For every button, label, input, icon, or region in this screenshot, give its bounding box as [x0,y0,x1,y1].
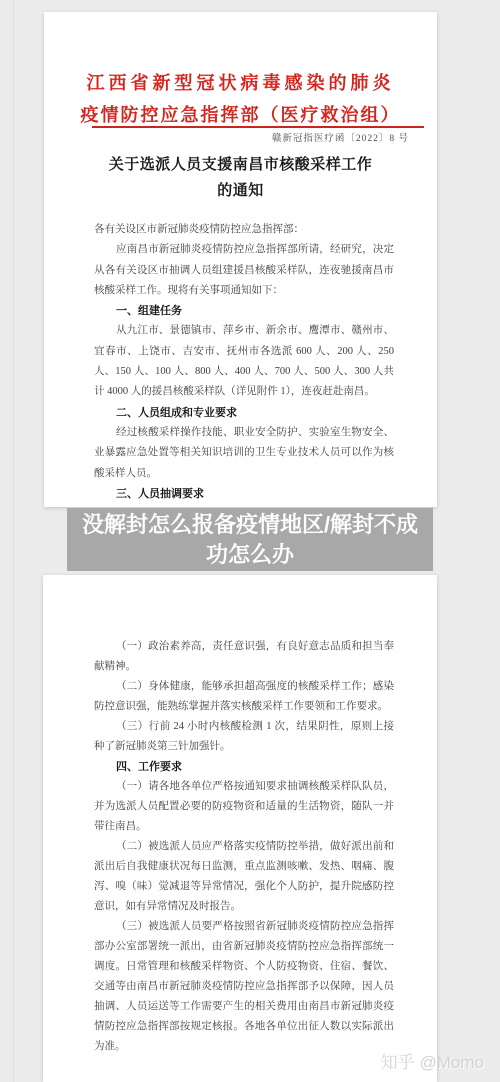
text-line: （三）被选派人员要严格按照省新冠肺炎疫情防控应急指挥 [94,917,394,937]
text-line: （二）身体健康，能够承担超高强度的核酸采样工作；感染 [94,677,394,697]
document-title-line1: 关于选派人员支援南昌市核酸采样工作 [44,156,437,175]
text-line: 调度。日常管理和核酸采样物资、个人防疫物资、住宿、餐饮、 [94,957,394,977]
caption-overlay: 没解封怎么报备疫情地区/解封不成 功怎么办 [67,508,433,571]
text-line: 三、人员抽调要求 [94,484,394,504]
text-line: 派出后自我健康状况每日监测，重点监测咳嗽、发热、咽痛、腹 [94,857,394,877]
document-title-line2: 的通知 [44,182,437,201]
text-line: 带往南昌。 [94,817,394,837]
text-line: 人、150 人、100 人、800 人、400 人、700 人、500 人、30… [94,362,394,382]
document-page-2: （一）政治素养高，责任意识强，有良好意志品质和担当奉献精神。（二）身体健康，能够… [43,575,437,1082]
text-line: （一）政治素养高，责任意识强，有良好意志品质和担当奉 [94,637,394,657]
text-line: 为准。 [94,1037,394,1057]
text-line: 业暴露应急处置等相关知识培训的卫生专业技术人员可以作为核 [94,443,394,463]
text-line: 从各有关设区市抽调人员组建援昌核酸采样队，连夜驰援南昌市 [94,261,394,281]
text-line: 部办公室部署统一派出，由省新冠肺炎疫情防控应急指挥部统一 [94,937,394,957]
text-line: 核酸采样工作。现将有关事项通知如下： [94,281,394,301]
text-line: 四、工作要求 [94,757,394,777]
text-line: （一）请各地各单位严格按通知要求抽调核酸采样队队员， [94,777,394,797]
document-page-1: 江西省新型冠状病毒感染的肺炎 疫情防控应急指挥部（医疗救治组） 赣新冠指医疗函〔… [44,12,437,507]
text-line: 应南昌市新冠肺炎疫情防控应急指挥部所请，经研究，决定 [94,240,394,260]
text-line: 经过核酸采样操作技能、职业安全防护、实验室生物安全、职 [94,423,394,443]
text-line: 宜春市、上饶市、吉安市、抚州市各选派 600 人、200 人、250 [94,342,394,362]
page1-body: 各有关设区市新冠肺炎疫情防控应急指挥部：应南昌市新冠肺炎疫情防控应急指挥部所请，… [94,220,394,504]
text-line: （二）被选派人员应严格落实疫情防控举措，做好派出前和 [94,837,394,857]
text-line: 献精神。 [94,657,394,677]
text-line: 意识，如有异常情况及时报告。 [94,897,394,917]
document-number: 赣新冠指医疗函〔2022〕8 号 [272,130,409,144]
text-line: （三）行前 24 小时内核酸检测 1 次，结果阴性，原则上接 [94,717,394,737]
issuing-authority-line2: 疫情防控应急指挥部（医疗救治组） [44,104,437,126]
text-line: 泻、嗅（味）觉减退等异常情况，强化个人防护，提升院感防控 [94,877,394,897]
text-line: 防控意识强，能熟练掌握并落实核酸采样工作要领和工作要求。 [94,697,394,717]
text-line: 从九江市、景德镇市、萍乡市、新余市、鹰潭市、赣州市、 [94,321,394,341]
caption-line1: 没解封怎么报备疫情地区/解封不成 [82,510,418,540]
zhihu-watermark: 知乎 @Momo [381,1048,484,1073]
text-line: 抽调、人员运送等工作需要产生的相关费用由南昌市新冠肺炎疫 [94,997,394,1017]
caption-line2: 功怎么办 [206,540,294,570]
page-edge-seam [13,0,14,1082]
text-line: 一、组建任务 [94,301,394,321]
page2-body: （一）政治素养高，责任意识强，有良好意志品质和担当奉献精神。（二）身体健康，能够… [94,637,394,1057]
text-line: 情防控应急指挥部按规定核报。各地各单位出征人数以实际派出 [94,1017,394,1037]
image-background: 江西省新型冠状病毒感染的肺炎 疫情防控应急指挥部（医疗救治组） 赣新冠指医疗函〔… [0,0,500,1082]
text-line: 酸采样人员。 [94,464,394,484]
text-line: 交通等由南昌市新冠肺炎疫情防控应急指挥部予以保障，因人员 [94,977,394,997]
text-line: 并为选派人员配置必要的防疫物资和适量的生活物资，随队一并 [94,797,394,817]
text-line: 各有关设区市新冠肺炎疫情防控应急指挥部： [94,220,394,240]
header-divider [92,126,424,128]
text-line: 计 4000 人的援昌核酸采样队（详见附件 1），连夜赶赴南昌。 [94,382,394,402]
text-line: 二、人员组成和专业要求 [94,403,394,423]
text-line: 种了新冠肺炎第三针加强针。 [94,737,394,757]
issuing-authority-line1: 江西省新型冠状病毒感染的肺炎 [44,72,437,94]
